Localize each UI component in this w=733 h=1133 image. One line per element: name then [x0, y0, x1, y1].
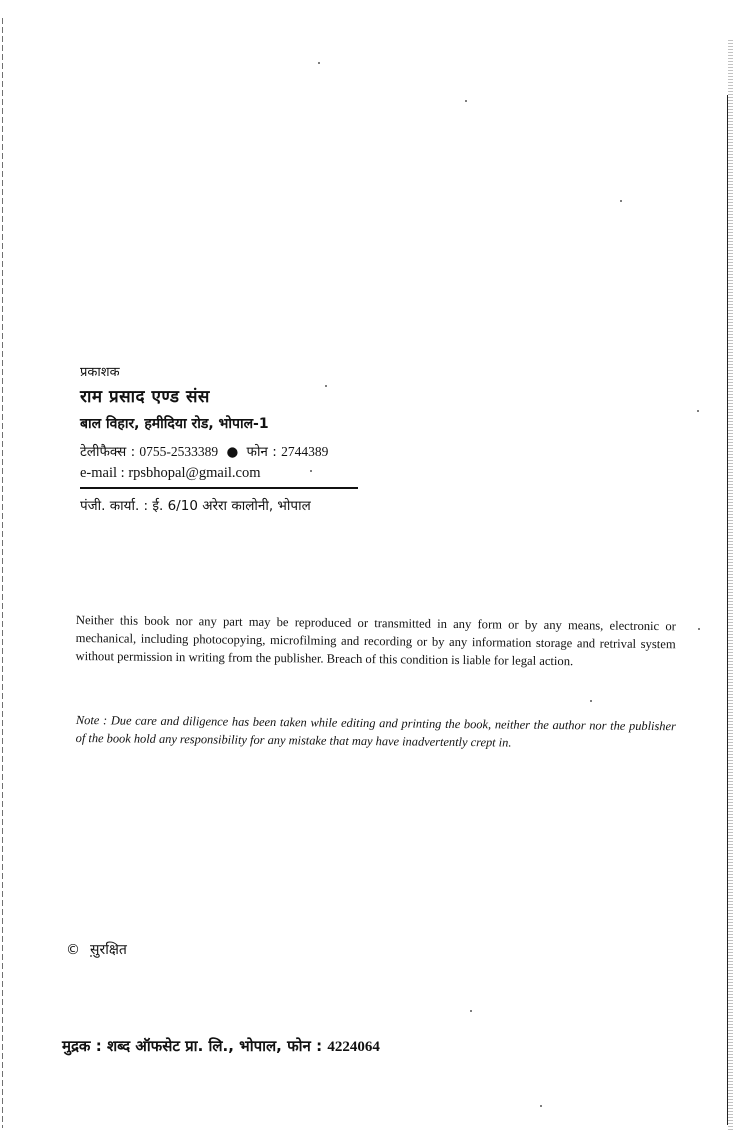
printer-line: मुद्रक : शब्द ऑफसेट प्रा. लि., भोपाल, फो…: [62, 1036, 380, 1056]
book-imprint-page: प्रकाशक राम प्रसाद एण्ड संस बाल विहार, ह…: [0, 0, 733, 1133]
scan-noise-right: [728, 40, 733, 1130]
telefax-label: टेलीफैक्स: [80, 444, 126, 460]
printer-label: मुद्रक: [62, 1037, 90, 1055]
email-line: e-mail : rpsbhopal@gmail.com: [80, 465, 260, 482]
publisher-label: प्रकाशक: [80, 362, 120, 380]
legal-notice: Neither this book nor any part may be re…: [75, 611, 676, 671]
scan-speck: [318, 62, 320, 64]
scan-speck: [465, 100, 467, 102]
scan-speck: [540, 1105, 542, 1107]
contact-row: टेलीफैक्स : 0755-2533389 ● फोन : 2744389: [80, 442, 328, 460]
scan-speck: [697, 410, 699, 412]
copyright-icon: ©: [66, 942, 80, 958]
printer-name: शब्द ऑफसेट प्रा. लि., भोपाल,: [107, 1037, 282, 1055]
divider-rule: [80, 487, 358, 489]
disclaimer-note: Note : Due care and diligence has been t…: [76, 711, 676, 753]
scan-speck: [698, 628, 700, 630]
email-address[interactable]: rpsbhopal@gmail.com: [128, 465, 260, 481]
bullet-icon: ●: [226, 444, 238, 460]
email-label: e-mail: [80, 465, 117, 481]
registered-office: पंजी. कार्या. : ई. 6/10 अरेरा कालोनी, भो…: [80, 496, 311, 514]
scan-speck: [325, 385, 327, 387]
scan-speck: [90, 955, 92, 957]
copyright-line: ©सुरक्षित: [66, 940, 127, 959]
scan-speck: [310, 470, 312, 472]
phone-number: 2744389: [281, 444, 328, 459]
copyright-text: सुरक्षित: [90, 942, 127, 958]
separator: :: [272, 444, 281, 460]
scan-speck: [590, 700, 592, 702]
scan-speck: [620, 200, 622, 202]
publisher-name: राम प्रसाद एण्ड संस: [80, 384, 210, 407]
phone-label: फोन: [247, 444, 268, 460]
scan-edge-left: [2, 18, 3, 1128]
printer-phone-label: फोन: [287, 1037, 311, 1055]
publisher-address: बाल विहार, हमीदिया रोड, भोपाल-1: [80, 414, 269, 433]
telefax-number: 0755-2533389: [139, 444, 218, 459]
printer-phone: 4224064: [327, 1039, 380, 1055]
scan-speck: [470, 1010, 472, 1012]
